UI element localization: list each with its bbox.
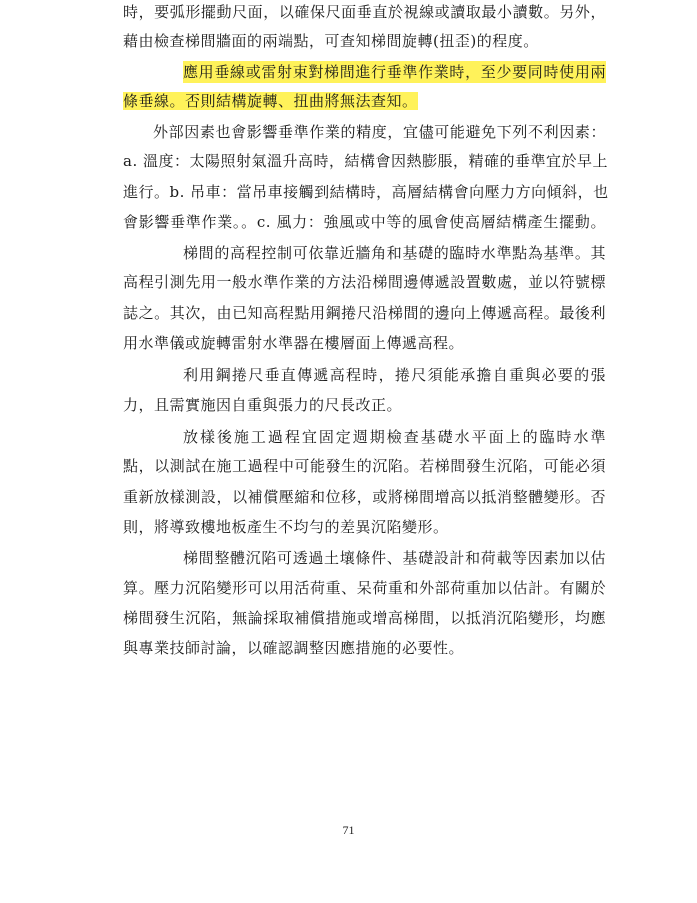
line-text: 梯間的高程控制可依靠近牆角和基礎的臨時水準點為基準。其: [183, 244, 606, 262]
line-text: 點，以測試在施工過程中可能發生的沉陷。若梯間發生沉陷，可能必須: [123, 457, 606, 475]
line-text: 藉由檢查梯間牆面的兩端點，可查知梯間旋轉(扭歪)的程度。: [123, 32, 539, 50]
text-line: 放樣後施工過程宜固定週期檢查基礎水平面上的臨時水準: [183, 426, 606, 448]
line-text: 則，將導致樓地板產生不均勻的差異沉陷變形。: [123, 518, 449, 536]
text-line: 藉由檢查梯間牆面的兩端點，可查知梯間旋轉(扭歪)的程度。: [123, 30, 606, 52]
text-line: 誌之。其次，由已知高程點用鋼捲尺沿梯間的邊向上傳遞高程。最後利: [123, 302, 606, 324]
line-text: 進行。b. 吊車：當吊車接觸到結構時，高層結構會向壓力方向傾斜，也: [123, 183, 609, 201]
text-line: a. 溫度：太陽照射氣溫升高時，結構會因熱膨脹，精確的垂準宜於早上: [123, 150, 606, 172]
text-line: 高程引測先用一般水準作業的方法沿梯間邊傳遞設置數處，並以符號標: [123, 271, 606, 293]
line-text: 重新放樣測設，以補償壓縮和位移，或將梯間增高以抵消整體變形。否: [123, 488, 606, 506]
text-line: 點，以測試在施工過程中可能發生的沉陷。若梯間發生沉陷，可能必須: [123, 455, 606, 477]
line-text: 力，且需實施因自重與張力的尺長改正。: [123, 396, 402, 414]
line-text: 外部因素也會影響垂準作業的精度，宜儘可能避免下列不利因素：: [153, 123, 606, 141]
highlighted-text-line: 條垂線。否則結構旋轉、扭曲將無法查知。: [123, 90, 418, 112]
text-line: 則，將導致樓地板產生不均勻的差異沉陷變形。: [123, 516, 606, 538]
text-line: 梯間發生沉陷，無論採取補償措施或增高梯間，以抵消沉陷變形，均應: [123, 607, 606, 629]
page-number: 71: [0, 823, 697, 838]
text-line: 時，要弧形擺動尺面，以確保尺面垂直於視線或讀取最小讀數。另外，: [123, 1, 606, 23]
text-line: 梯間整體沉陷可透過土壤條件、基礎設計和荷載等因素加以估: [183, 547, 606, 569]
line-text: 誌之。其次，由已知高程點用鋼捲尺沿梯間的邊向上傳遞高程。最後利: [123, 304, 606, 322]
line-text: 會影響垂準作業。。c. 風力：強風或中等的風會使高層結構產生擺動。: [123, 213, 606, 231]
highlighted-text-line: 應用垂線或雷射束對梯間進行垂準作業時，至少要同時使用兩: [183, 61, 606, 83]
line-text: 利用鋼捲尺垂直傳遞高程時，捲尺須能承擔自重與必要的張: [183, 366, 606, 384]
text-line: 利用鋼捲尺垂直傳遞高程時，捲尺須能承擔自重與必要的張: [183, 364, 606, 386]
line-text: 用水準儀或旋轉雷射水準器在樓層面上傳遞高程。: [123, 334, 464, 352]
text-line: 力，且需實施因自重與張力的尺長改正。: [123, 394, 606, 416]
text-line: 外部因素也會影響垂準作業的精度，宜儘可能避免下列不利因素：: [153, 121, 606, 143]
line-text: 算。壓力沉陷變形可以用活荷重、呆荷重和外部荷重加以估計。有關於: [123, 579, 606, 597]
text-line: 算。壓力沉陷變形可以用活荷重、呆荷重和外部荷重加以估計。有關於: [123, 577, 606, 599]
line-text: 放樣後施工過程宜固定週期檢查基礎水平面上的臨時水準: [183, 428, 606, 446]
line-text: 應用垂線或雷射束對梯間進行垂準作業時，至少要同時使用兩: [183, 61, 606, 83]
line-text: 高程引測先用一般水準作業的方法沿梯間邊傳遞設置數處，並以符號標: [123, 273, 606, 291]
line-text: 梯間整體沉陷可透過土壤條件、基礎設計和荷載等因素加以估: [183, 549, 606, 567]
text-line: 重新放樣測設，以補償壓縮和位移，或將梯間增高以抵消整體變形。否: [123, 486, 606, 508]
text-line: 進行。b. 吊車：當吊車接觸到結構時，高層結構會向壓力方向傾斜，也: [123, 181, 606, 203]
line-text: 時，要弧形擺動尺面，以確保尺面垂直於視線或讀取最小讀數。另外，: [123, 3, 606, 21]
line-text: a. 溫度：太陽照射氣溫升高時，結構會因熱膨脹，精確的垂準宜於早上: [123, 152, 608, 170]
text-line: 與專業技師討論，以確認調整因應措施的必要性。: [123, 637, 606, 659]
text-line: 會影響垂準作業。。c. 風力：強風或中等的風會使高層結構產生擺動。: [123, 211, 606, 233]
document-page: 時，要弧形擺動尺面，以確保尺面垂直於視線或讀取最小讀數。另外，藉由檢查梯間牆面的…: [0, 0, 697, 903]
text-line: 用水準儀或旋轉雷射水準器在樓層面上傳遞高程。: [123, 332, 606, 354]
line-text: 與專業技師討論，以確認調整因應措施的必要性。: [123, 639, 464, 657]
line-text: 梯間發生沉陷，無論採取補償措施或增高梯間，以抵消沉陷變形，均應: [123, 609, 606, 627]
line-text: 條垂線。否則結構旋轉、扭曲將無法查知。: [123, 92, 418, 110]
text-line: 梯間的高程控制可依靠近牆角和基礎的臨時水準點為基準。其: [183, 242, 606, 264]
